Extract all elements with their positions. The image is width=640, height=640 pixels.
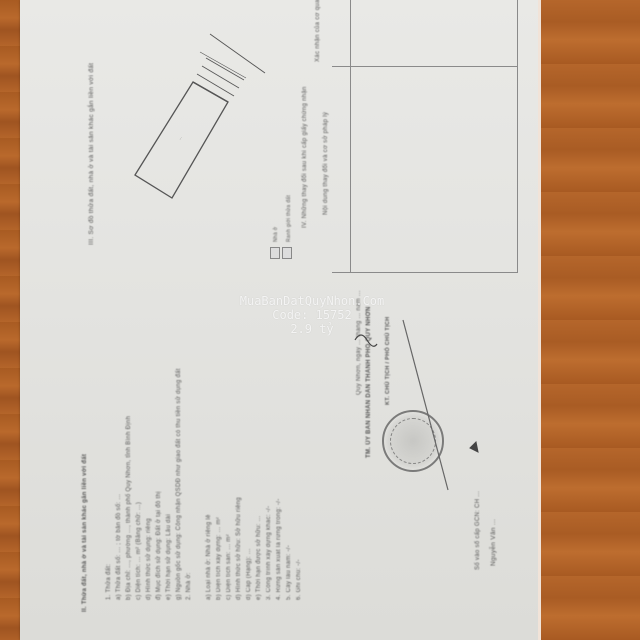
land-field-line: c) Diện tích: ... m² (Bằng chữ: ...) [136,502,142,600]
changes-header-confirm: Xác nhận của cơ quan có thẩm quyền [315,0,321,62]
land-field-line: e) Thời hạn sử dụng: Lâu dài [166,514,172,600]
legend-label-house: Nhà ở [273,227,279,242]
legend-box-house [282,247,292,259]
land-field-line: g) Nguồn gốc sử dụng: Công nhận QSDĐ như… [176,368,182,600]
section-title-diagram: III. Sơ đồ thửa đất, nhà ở và tài sản kh… [88,63,95,245]
signer-name: Nguyễn Văn ... [490,519,497,566]
land-field-line: đ) Cấp (Hạng): ... [246,548,252,600]
legend-box-boundary [270,247,280,259]
land-field-line: 6. Ghi chú: -/- [296,559,302,600]
land-field-line: d) Hình thức sử dụng: riêng [146,518,152,600]
changes-subtitle: Nội dung thay đổi và cơ sở pháp lý [323,112,329,215]
section-title-changes: IV. Những thay đổi sau khi cấp giấy chứn… [302,86,308,228]
wooden-table-left [0,0,22,640]
land-field-line: b) Địa chỉ: ..., phường ..., thành phố Q… [126,416,132,600]
wooden-table-right [536,0,640,640]
land-field-line: 5. Cây lâu năm: -/- [286,545,292,600]
land-field-line: a) Thửa đất số: ... ; tờ bản đồ số: ... [116,494,122,600]
land-field-line: a) Loại nhà ở: Nhà ở riêng lẻ [206,514,212,600]
legend-label-boundary: Ranh giới thửa đất [286,195,292,242]
land-field-line: 4. Rừng sản xuất là rừng trồng: -/- [276,498,282,600]
official-red-seal [382,410,444,472]
watermark-code: Code: 15752 [222,308,402,322]
changes-table [332,0,518,273]
watermark-site: MuaBanDatQuyNhon.Com [222,294,402,308]
land-field-line: b) Diện tích xây dựng: ... m² [216,517,222,600]
land-field-line: c) Diện tích sàn: ... m² [226,534,232,600]
land-field-line: đ) Mục đích sử dụng: Đất ở tại đô thị [156,491,162,600]
section-title-land: II. Thửa đất, nhà ở và tài sản khác gắn … [82,454,88,612]
watermark-price: 2.9 tỷ [222,322,402,336]
land-field-line: e) Thời hạn được sở hữu: ... [256,516,262,601]
land-field-line: 1. Thửa đất: [106,564,112,600]
land-field-line: 3. Công trình xây dựng khác: -/- [266,506,272,600]
watermark: MuaBanDatQuyNhon.Com Code: 15752 2.9 tỷ [222,294,402,336]
land-field-line: d) Hình thức sở hữu: Sở hữu riêng [236,497,242,600]
signature-registry: Số vào sổ cấp GCN: CH ... [475,491,481,570]
land-field-line: 2. Nhà ở: [186,572,192,600]
